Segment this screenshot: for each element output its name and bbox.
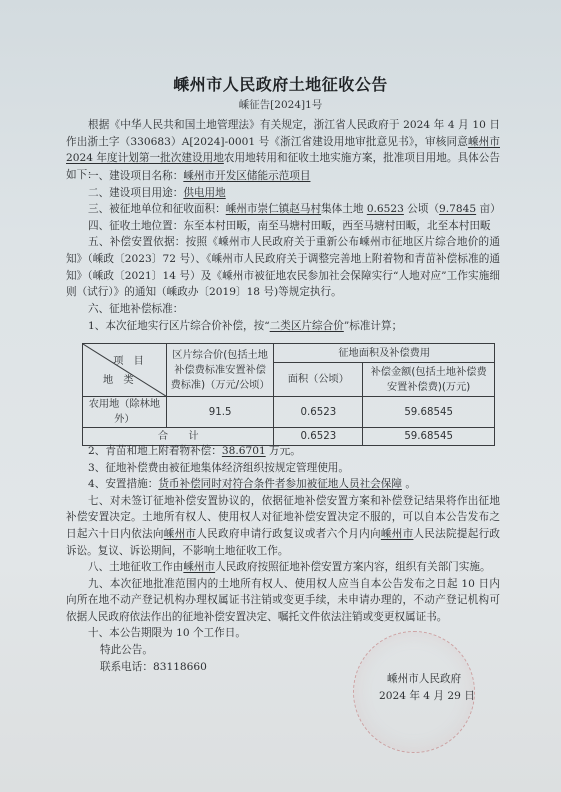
item-2: 二、建设项目用途：供电用地	[88, 185, 528, 202]
announcement-page: 嵊州市人民政府土地征收公告 嵊征告[2024]1号 根据《中华人民共和国土地管理…	[0, 0, 561, 792]
contact-phone: 83118660	[153, 661, 207, 673]
project-name: 嵊州市开发区储能示范项目	[183, 170, 310, 182]
price-class: 二类区片综合价	[270, 320, 344, 332]
item-3: 三、被征地单位和征收面积：嵊州市崇仁镇赵马村集体土地 0.6523 公顷（9.7…	[88, 201, 528, 218]
item-6-2: 2、青苗和地上附着物补偿：38.6701 万元。	[88, 443, 528, 460]
expropriated-unit: 嵊州市崇仁镇赵马村	[226, 203, 321, 215]
item-7: 七、对未签订征地补偿安置协议的，依据征地补偿安置方案和补偿登记结果将作出征地补偿…	[66, 493, 500, 559]
project-use: 供电用地	[183, 187, 225, 199]
item-6: 六、征地补偿标准：	[88, 301, 528, 318]
col-header-amount: 补偿金额(包括土地补偿费安置补偿费)(万元)	[363, 363, 495, 397]
closing-text: 特此公告。	[100, 642, 540, 659]
item-1: 一、建设项目名称：嵊州市开发区储能示范项目	[88, 168, 528, 185]
item-6-1: 1、本次征地实行区片综合价补偿，按“二类区片综合价”标准计算；	[88, 318, 528, 335]
item-8: 八、土地征收工作由嵊州市人民政府按照征地补偿安置方案内容，组织有关部门实施。	[88, 559, 528, 576]
resettlement-measure: 货币补偿同时对符合条件者参加被征地人员社会保障	[158, 478, 402, 490]
item-6-3: 3、征地补偿费由被征地集体经济组织按规定管理使用。	[88, 460, 528, 477]
item-10: 十、本公告期限为 10 个工作日。	[88, 625, 528, 642]
item-5: 五、补偿安置依据：按照《嵊州市人民政府关于重新公布嵊州市征地区片综合地价的通知》…	[66, 234, 500, 300]
issue-date: 2024 年 4 月 29 日	[379, 688, 475, 703]
col-header-group: 征地面积及补偿费用	[274, 344, 495, 363]
area-mu: 9.7845	[439, 203, 476, 215]
issuer-name: 嵊州市人民政府	[387, 671, 461, 686]
compensation-table: 项 目 地 类 区片综合价(包括土地补偿费标准安置补偿费标准)（万元/公顷） 征…	[82, 343, 495, 446]
table-corner-header: 项 目 地 类	[83, 344, 167, 397]
item-4: 四、征收土地位置：东至本村田畈，南至马塘村田畈，西至马塘村田畈，北至本村田畈	[88, 218, 528, 235]
col-header-price: 区片综合价(包括土地补偿费标准安置补偿费标准)（万元/公顷）	[166, 344, 274, 397]
area-hectares: 0.6523	[367, 203, 404, 215]
diagonal-line	[83, 344, 166, 396]
document-number: 嵊征告[2024]1号	[0, 97, 561, 112]
document-title: 嵊州市人民政府土地征收公告	[0, 72, 561, 95]
item-9: 九、本次征地批准范围内的土地所有权人、使用权人应当自本公告发布之日起 10 日内…	[66, 576, 500, 626]
item-6-4: 4、安置措施：货币补偿同时对符合条件者参加被征地人员社会保障 。	[88, 476, 528, 493]
contact-line: 联系电话：83118660	[100, 659, 540, 676]
cell-area: 0.6523	[274, 397, 363, 428]
cell-price: 91.5	[166, 397, 274, 428]
col-header-area: 面积（公顷）	[274, 363, 363, 397]
table-row: 农用地（除林地外） 91.5 0.6523 59.68545	[83, 397, 495, 428]
crop-compensation: 38.6701	[222, 445, 266, 457]
cell-land-type: 农用地（除林地外）	[83, 397, 167, 428]
cell-amount: 59.68545	[363, 397, 495, 428]
